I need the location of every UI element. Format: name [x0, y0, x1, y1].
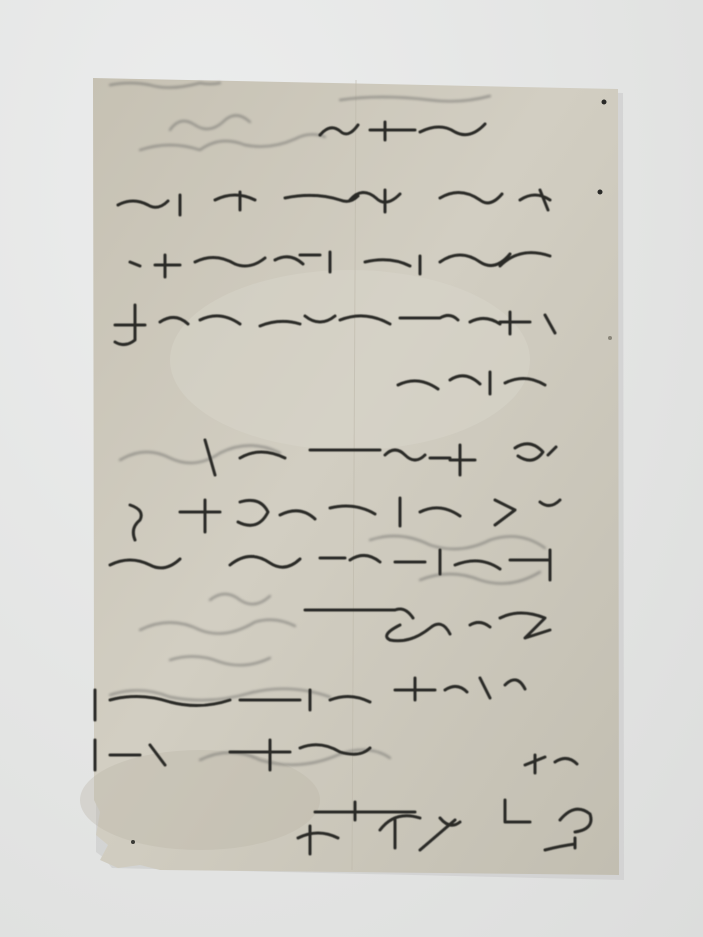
photo-scene: Photograph of an aged handwritten manusc… — [0, 0, 703, 937]
ink-dot — [598, 190, 603, 195]
pinhole — [608, 336, 612, 340]
ink-dot — [131, 840, 135, 844]
paper-stain — [170, 270, 530, 450]
ink-dot — [602, 100, 607, 105]
manuscript-sheet — [0, 0, 703, 937]
